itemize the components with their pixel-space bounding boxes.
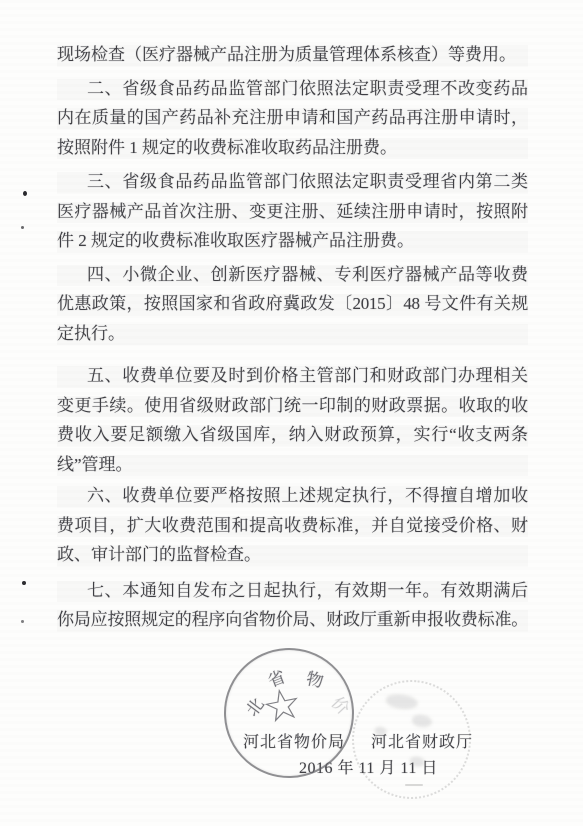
seal-smudge	[374, 726, 387, 736]
paragraph: 四、小微企业、创新医疗器械、专利医疗器械产品等收费 优惠政策，按照国家和省政府冀…	[57, 260, 528, 349]
scan-speck	[21, 226, 24, 229]
text-line: 三、省级食品药品监管部门依照法定职责受理省内第二类	[57, 167, 528, 197]
paragraph: 二、省级食品药品监管部门依照法定职责受理不改变药品 内在质量的国产药品补充注册申…	[57, 74, 528, 163]
seal-smudge	[385, 693, 418, 710]
seal-arc-char: 物	[305, 670, 325, 690]
paragraph: 五、收费单位要及时到价格主管部门和财政部门办理相关 变更手续。使用省级财政部门统…	[57, 361, 528, 479]
document-page: 现场检查（医疗器械产品注册为质量管理体系核查）等费用。 二、省级食品药品监管部门…	[0, 0, 583, 826]
text-line: 优惠政策，按照国家和省政府冀政发〔2015〕48 号文件有关规	[57, 289, 528, 319]
text-line: 费收入要足额缴入省级国库，纳入财政预算，实行“收支两条	[57, 420, 528, 450]
text-line: 你局应按照规定的程序向省物价局、财政厅重新申报收费标准。	[57, 605, 528, 635]
document-body: 现场检查（医疗器械产品注册为质量管理体系核查）等费用。 二、省级食品药品监管部门…	[57, 40, 528, 635]
paragraph: 七、本通知自发布之日起执行，有效期一年。有效期满后 你局应按照规定的程序向省物价…	[57, 576, 528, 635]
text-line: 六、收费单位要严格按照上述规定执行，不得擅自增加收	[57, 481, 528, 511]
text-line: 件 2 规定的收费标准收取医疗器械产品注册费。	[57, 226, 528, 256]
text-line: 七、本通知自发布之日起执行，有效期一年。有效期满后	[57, 576, 528, 606]
seal-smudge	[411, 714, 432, 728]
scan-speck	[23, 191, 27, 196]
text-line: 线”管理。	[57, 450, 528, 480]
scan-speck	[405, 784, 423, 786]
scan-speck	[21, 620, 24, 623]
text-line: 五、收费单位要及时到价格主管部门和财政部门办理相关	[57, 361, 528, 391]
scan-speck	[22, 581, 26, 585]
text-line: 四、小微企业、创新医疗器械、专利医疗器械产品等收费	[57, 260, 528, 290]
paragraph: 六、收费单位要严格按照上述规定执行，不得擅自增加收 费项目，扩大收费范围和提高收…	[57, 481, 528, 570]
text-line: 政、审计部门的监督检查。	[57, 540, 528, 570]
text-line: 费项目，扩大收费范围和提高收费标准，并自觉接受价格、财	[57, 511, 528, 541]
seal-arc-char: 价	[328, 694, 352, 718]
paragraph: 三、省级食品药品监管部门依照法定职责受理省内第二类 医疗器械产品首次注册、变更注…	[57, 167, 528, 256]
seal-smudge	[409, 756, 425, 768]
text-line: 现场检查（医疗器械产品注册为质量管理体系核查）等费用。	[57, 40, 528, 70]
text-line: 变更手续。使用省级财政部门统一印制的财政票据。收取的收	[57, 391, 528, 421]
text-line: 内在质量的国产药品补充注册申请和国产药品再注册申请时，	[57, 103, 528, 133]
text-line: 二、省级食品药品监管部门依照法定职责受理不改变药品	[57, 74, 528, 104]
star-icon: ☆	[259, 681, 306, 732]
paragraph: 现场检查（医疗器械产品注册为质量管理体系核查）等费用。	[57, 40, 528, 70]
text-line: 医疗器械产品首次注册、变更注册、延续注册申请时，按照附	[57, 197, 528, 227]
text-line: 按照附件 1 规定的收费标准收取药品注册费。	[57, 133, 528, 163]
text-line: 定执行。	[57, 319, 528, 349]
